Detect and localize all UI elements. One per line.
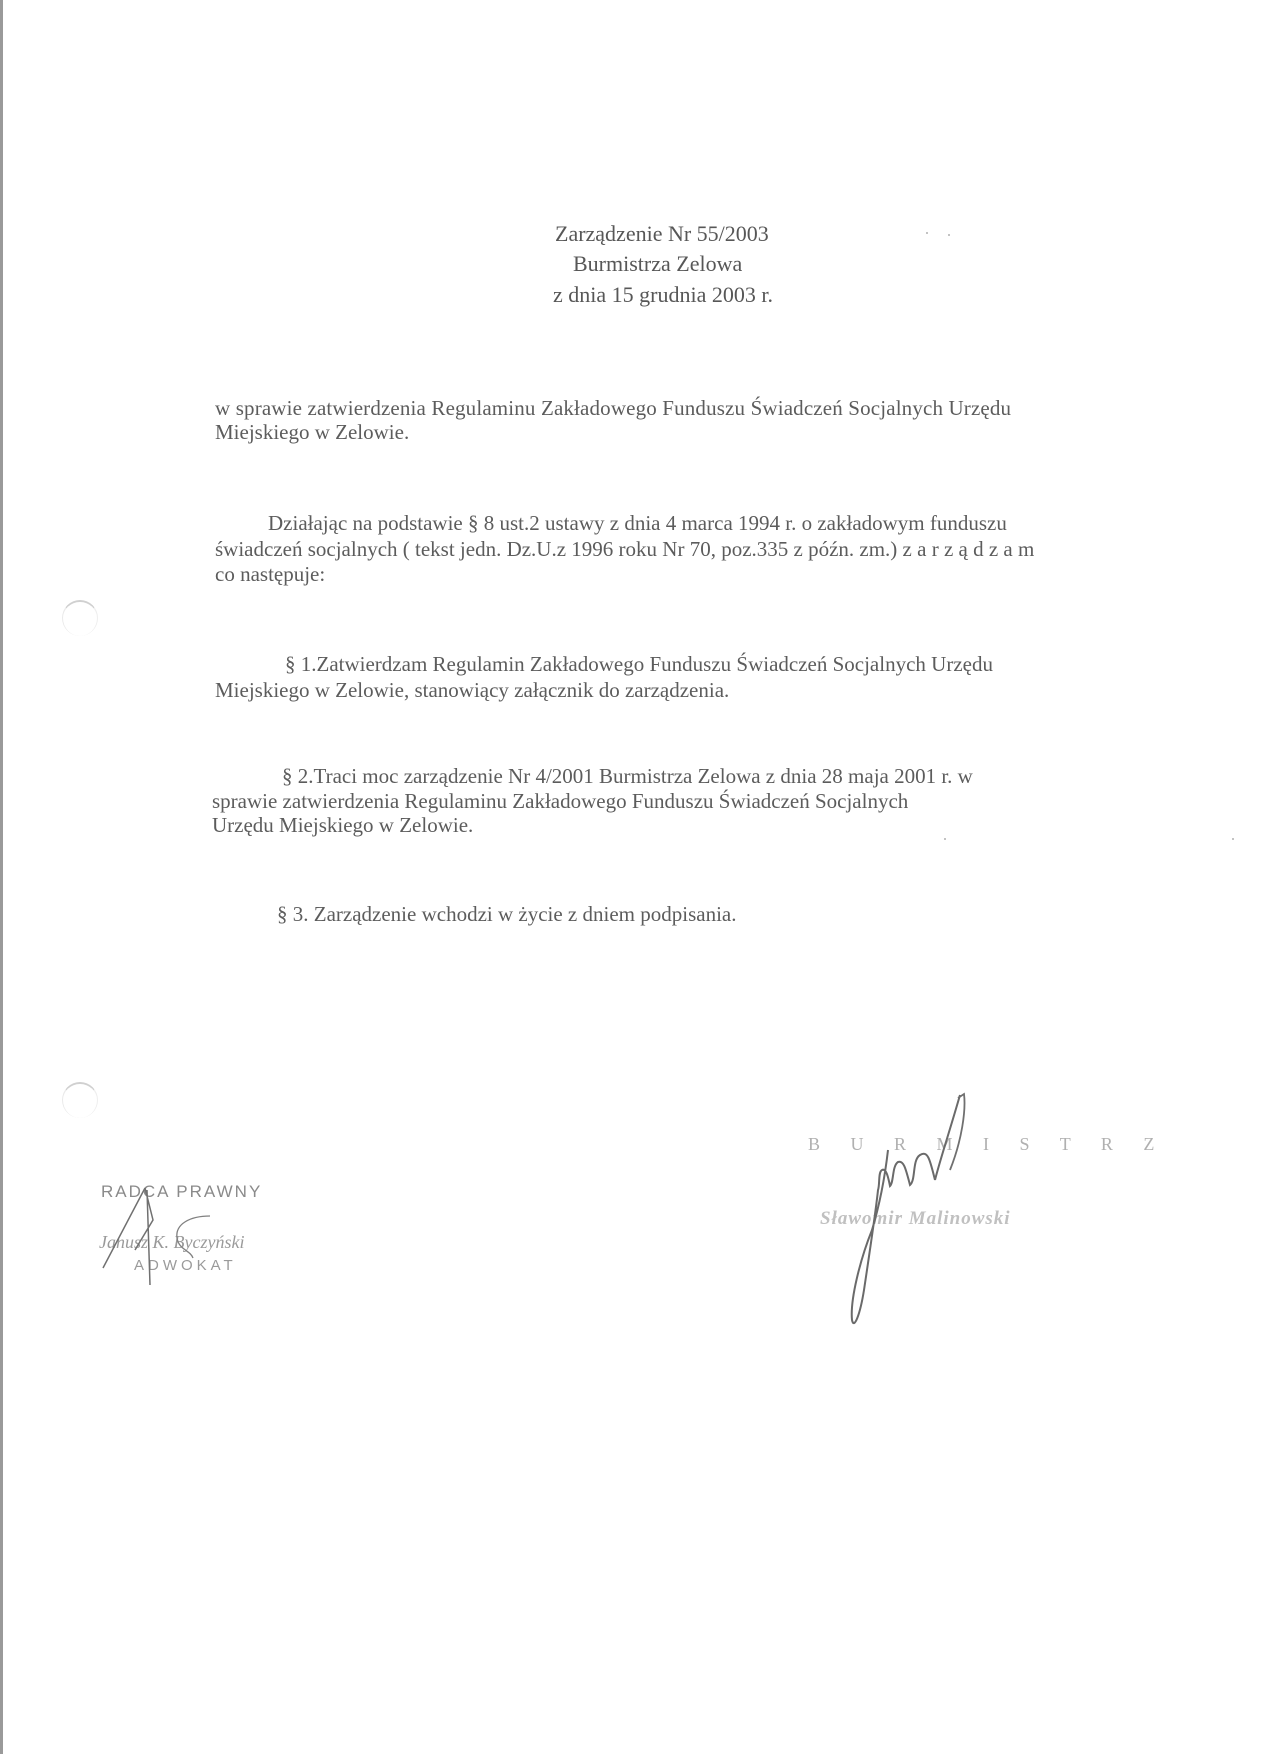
paragraph-2-line-2: sprawie zatwierdzenia Regulaminu Zakłado…: [212, 789, 908, 814]
hole-punch-mark: [62, 1082, 98, 1118]
scan-speck: [926, 232, 928, 234]
paragraph-1-line-2: Miejskiego w Zelowie, stanowiący załączn…: [215, 678, 729, 703]
paragraph-1-line-1: § 1.Zatwierdzam Regulamin Zakładowego Fu…: [285, 652, 993, 677]
scan-edge: [0, 0, 3, 1754]
preamble-line-2: świadczeń socjalnych ( tekst jedn. Dz.U.…: [215, 537, 1034, 562]
scan-speck: [1232, 838, 1234, 840]
subject-line-2: Miejskiego w Zelowie.: [215, 420, 409, 445]
subject-line-1: w sprawie zatwierdzenia Regulaminu Zakła…: [215, 396, 1011, 421]
document-date: z dnia 15 grudnia 2003 r.: [553, 283, 773, 307]
scan-speck: [944, 838, 946, 840]
preamble-line-3: co następuje:: [215, 562, 325, 587]
paragraph-2-line-3: Urzędu Miejskiego w Zelowie.: [212, 813, 473, 838]
mayor-signature: [840, 1090, 1000, 1340]
preamble-line-1: Działając na podstawie § 8 ust.2 ustawy …: [268, 511, 1007, 536]
scan-speck: [948, 234, 950, 236]
paragraph-3-line-1: § 3. Zarządzenie wchodzi w życie z dniem…: [277, 902, 736, 927]
document-title: Zarządzenie Nr 55/2003: [555, 222, 769, 246]
paragraph-2-line-1: § 2.Traci moc zarządzenie Nr 4/2001 Burm…: [282, 764, 973, 789]
document-issuer: Burmistrza Zelowa: [573, 252, 742, 276]
legal-counsel-signature: [95, 1180, 215, 1290]
hole-punch-mark: [62, 600, 98, 636]
